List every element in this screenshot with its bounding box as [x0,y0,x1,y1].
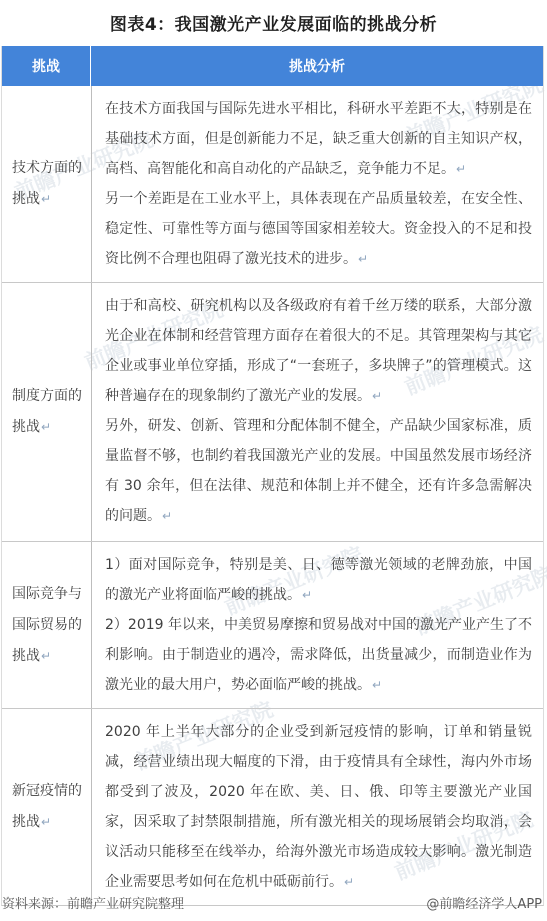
table-body: 技术方面的挑战↵在技术方面我国与国际先进水平相比，科研水平差距不大，特别是在基础… [2,86,543,905]
credit-note: @前瞻经济学人APP [426,893,542,912]
challenge-cell: 技术方面的挑战↵ [2,86,91,282]
return-mark-icon: ↵ [358,252,368,266]
analysis-text: 由于和高校、研究机构以及各级政府有着千丝万缕的联系，大部分激光企业在体制和经营管… [105,298,532,404]
table-row: 制度方面的挑战↵由于和高校、研究机构以及各级政府有着千丝万缕的联系，大部分激光企… [2,282,543,541]
report-table-page: 前瞻产业研究院前瞻产业研究院前瞻产业研究院前瞻产业研究院前瞻产业研究院前瞻产业研… [0,0,547,921]
return-mark-icon: ↵ [41,192,51,206]
return-mark-icon: ↵ [41,649,51,663]
analysis-cell: 在技术方面我国与国际先进水平相比，科研水平差距不大，特别是在基础技术方面，但是创… [91,86,543,282]
header-cell-analysis: 挑战分析 [91,46,543,86]
analysis-cell: 1）面对国际竞争，特别是美、日、德等激光领域的老牌劲旅，中国的激光产业将面临严峻… [91,542,543,708]
analysis-text: 在技术方面我国与国际先进水平相比，科研水平差距不大，特别是在基础技术方面，但是创… [105,101,532,177]
source-note: 资料来源：前瞻产业研究院整理 [2,893,184,912]
header-cell-challenge: 挑战 [2,46,91,86]
analysis-paragraph: 2）2019 年以来，中美贸易摩擦和贸易战对中国的激光产业产生了不利影响。由于制… [105,610,532,700]
challenge-cell: 国际竞争与国际贸易的挑战↵ [2,542,91,708]
return-mark-icon: ↵ [302,588,312,602]
table-row: 国际竞争与国际贸易的挑战↵1）面对国际竞争，特别是美、日、德等激光领域的老牌劲旅… [2,541,543,708]
analysis-paragraph: 另一个差距是在工业水平上，具体表现在产品质量较差，在安全性、稳定性、可靠性等方面… [105,184,532,274]
analysis-cell: 2020 年上半年大部分的企业受到新冠疫情的影响，订单和销量锐减，经营业绩出现大… [91,709,543,905]
return-mark-icon: ↵ [41,420,51,434]
analysis-text: 2020 年上半年大部分的企业受到新冠疫情的影响，订单和销量锐减，经营业绩出现大… [105,724,532,890]
return-mark-icon: ↵ [344,875,354,889]
return-mark-icon: ↵ [456,162,466,176]
analysis-paragraph: 在技术方面我国与国际先进水平相比，科研水平差距不大，特别是在基础技术方面，但是创… [105,94,532,184]
analysis-text: 2）2019 年以来，中美贸易摩擦和贸易战对中国的激光产业产生了不利影响。由于制… [105,617,532,693]
page-title: 图表4：我国激光产业发展面临的挑战分析 [0,0,547,46]
return-mark-icon: ↵ [372,678,382,692]
table-row: 技术方面的挑战↵在技术方面我国与国际先进水平相比，科研水平差距不大，特别是在基础… [2,86,543,282]
challenge-table: 挑战 挑战分析 技术方面的挑战↵在技术方面我国与国际先进水平相比，科研水平差距不… [1,46,544,906]
challenge-cell: 新冠疫情的挑战↵ [2,709,91,905]
return-mark-icon: ↵ [41,815,51,829]
challenge-cell: 制度方面的挑战↵ [2,283,91,541]
table-header-row: 挑战 挑战分析 [2,46,543,86]
analysis-paragraph: 另外，研发、创新、管理和分配体制不健全，产品缺少国家标准，质量监督不够，也制约着… [105,411,532,531]
footer: 资料来源：前瞻产业研究院整理 @前瞻经济学人APP [2,893,542,912]
analysis-paragraph: 2020 年上半年大部分的企业受到新冠疫情的影响，订单和销量锐减，经营业绩出现大… [105,717,532,897]
analysis-paragraph: 由于和高校、研究机构以及各级政府有着千丝万缕的联系，大部分激光企业在体制和经营管… [105,291,532,411]
analysis-cell: 由于和高校、研究机构以及各级政府有着千丝万缕的联系，大部分激光企业在体制和经营管… [91,283,543,541]
analysis-paragraph: 1）面对国际竞争，特别是美、日、德等激光领域的老牌劲旅，中国的激光产业将面临严峻… [105,550,532,610]
analysis-text: 另一个差距是在工业水平上，具体表现在产品质量较差，在安全性、稳定性、可靠性等方面… [105,191,532,267]
analysis-text: 1）面对国际竞争，特别是美、日、德等激光领域的老牌劲旅，中国的激光产业将面临严峻… [105,557,532,603]
return-mark-icon: ↵ [162,509,172,523]
return-mark-icon: ↵ [372,389,382,403]
table-row: 新冠疫情的挑战↵2020 年上半年大部分的企业受到新冠疫情的影响，订单和销量锐减… [2,708,543,905]
